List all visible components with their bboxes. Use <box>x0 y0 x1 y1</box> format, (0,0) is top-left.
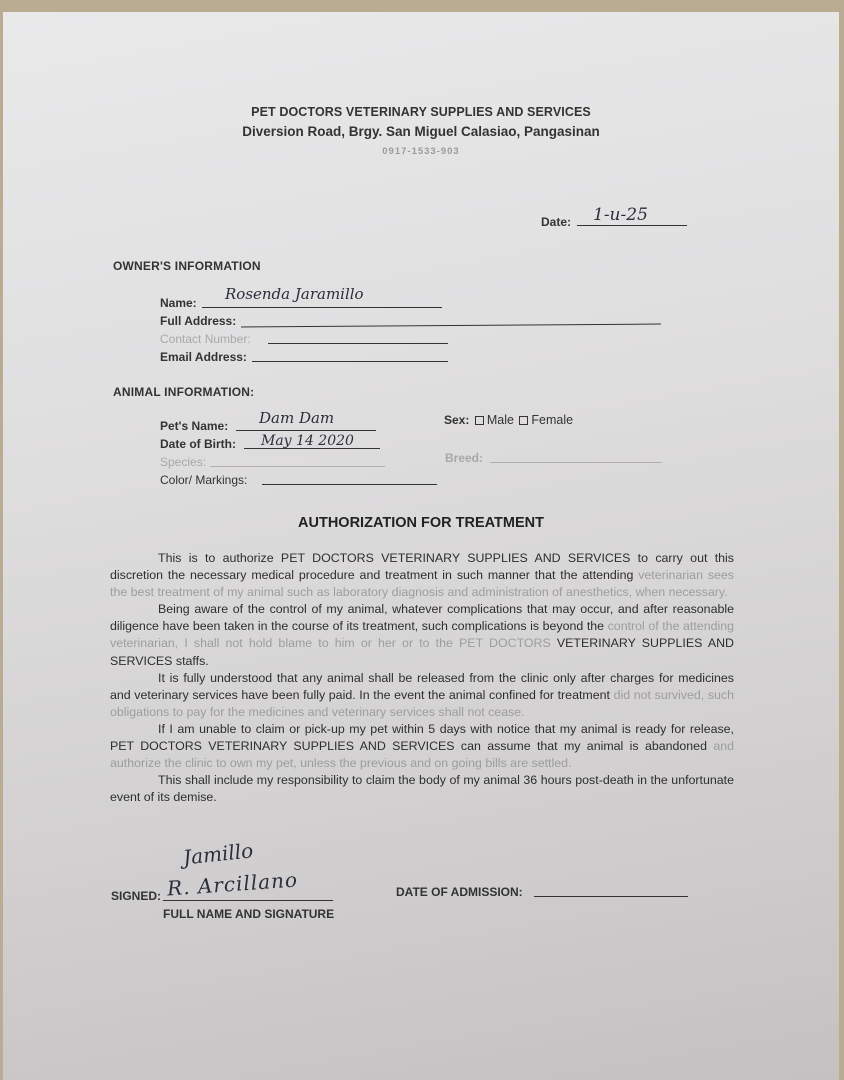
authorization-title: AUTHORIZATION FOR TREATMENT <box>3 515 839 531</box>
species-label: Species: <box>160 455 206 469</box>
pet-name-label: Pet's Name: <box>160 419 228 433</box>
authorization-paragraph: It is fully understood that any animal s… <box>110 670 734 721</box>
owner-address-field[interactable] <box>241 324 661 328</box>
owner-contact-field[interactable] <box>268 343 448 344</box>
pet-name-value: Dam Dam <box>259 409 334 427</box>
species-field[interactable] <box>210 466 385 467</box>
date-label: Date: <box>541 215 571 229</box>
authorization-paragraph: Being aware of the control of my animal,… <box>110 601 734 669</box>
owner-email-label: Email Address: <box>160 350 247 364</box>
company-phone: 0917-1533-903 <box>3 146 839 157</box>
admission-date-field[interactable] <box>534 896 688 897</box>
sex-male-label: Male <box>487 413 514 427</box>
sex-female-checkbox[interactable] <box>519 416 528 425</box>
owner-email-field[interactable] <box>252 361 448 362</box>
dob-value: May 14 2020 <box>261 433 354 449</box>
color-field[interactable] <box>262 484 437 485</box>
form-paper: PET DOCTORS VETERINARY SUPPLIES AND SERV… <box>3 12 839 1080</box>
owner-name-label: Name: <box>160 296 197 310</box>
signature-caption: FULL NAME AND SIGNATURE <box>163 907 334 921</box>
sex-female-label: Female <box>531 413 573 427</box>
breed-label: Breed: <box>445 451 483 465</box>
owner-address-label: Full Address: <box>160 314 236 328</box>
owner-section-title: OWNER'S INFORMATION <box>113 259 261 273</box>
color-label: Color/ Markings: <box>160 473 247 487</box>
date-value: 1-u-25 <box>593 205 648 225</box>
owner-name-value: Rosenda Jaramillo <box>225 285 364 303</box>
signed-label: SIGNED: <box>111 889 161 903</box>
signature-name: R. Arcillano <box>166 867 298 900</box>
pet-name-field[interactable] <box>236 430 376 431</box>
dob-label: Date of Birth: <box>160 437 236 451</box>
signature-field[interactable] <box>163 900 333 901</box>
company-name: PET DOCTORS VETERINARY SUPPLIES AND SERV… <box>3 105 839 119</box>
owner-contact-label: Contact Number: <box>160 332 251 346</box>
company-address: Diversion Road, Brgy. San Miguel Calasia… <box>3 124 839 139</box>
authorization-paragraph: If I am unable to claim or pick-up my pe… <box>110 721 734 772</box>
sex-field: Sex: Male Female <box>444 413 573 427</box>
sex-male-checkbox[interactable] <box>475 416 484 425</box>
admission-date-label: DATE OF ADMISSION: <box>396 885 523 899</box>
animal-section-title: ANIMAL INFORMATION: <box>113 385 254 399</box>
signature-scribble: Jamillo <box>182 838 254 869</box>
sex-label: Sex: <box>444 413 469 427</box>
authorization-paragraph: This is to authorize PET DOCTORS VETERIN… <box>110 550 734 601</box>
authorization-paragraph: This shall include my responsibility to … <box>110 772 734 806</box>
authorization-body: This is to authorize PET DOCTORS VETERIN… <box>110 550 734 806</box>
date-field[interactable] <box>577 225 687 226</box>
owner-name-field[interactable] <box>202 307 442 308</box>
breed-field[interactable] <box>490 462 662 463</box>
